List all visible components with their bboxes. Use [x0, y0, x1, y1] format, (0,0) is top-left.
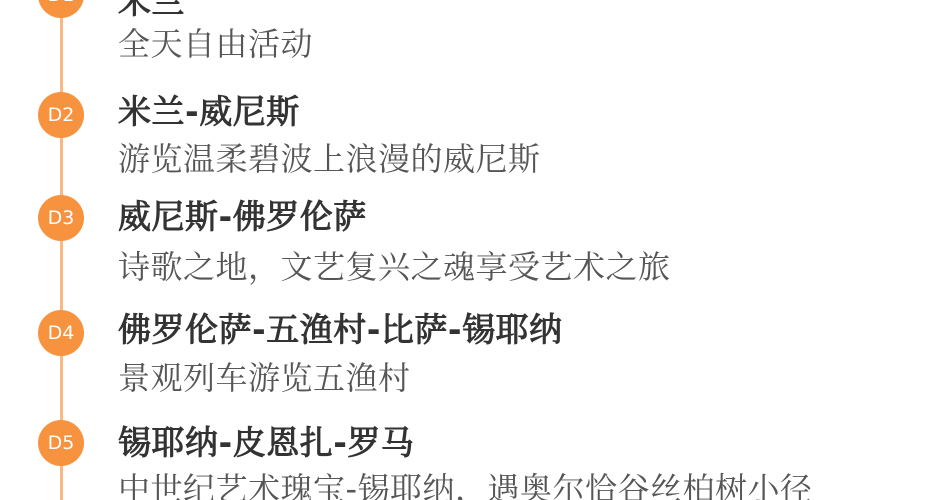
itinerary-panel: D1 米兰 全天自由活动 D2 米兰-威尼斯 游览温柔碧波上浪漫的威尼斯 D3 …: [0, 0, 950, 500]
day-title: 米兰-威尼斯: [118, 95, 300, 128]
day-number-label: D4: [48, 322, 75, 344]
day-number-label: D5: [48, 432, 75, 454]
day-title: 威尼斯-佛罗伦萨: [118, 200, 367, 233]
day-number-label: D3: [48, 207, 75, 229]
day-number-label: D2: [48, 104, 75, 126]
day-subtitle: 游览温柔碧波上浪漫的威尼斯: [118, 143, 541, 175]
day-number-label: D1: [48, 0, 75, 6]
day-number-badge: D5: [38, 420, 84, 466]
day-subtitle: 全天自由活动: [118, 28, 313, 60]
day-subtitle: 景观列车游览五渔村: [118, 362, 411, 394]
day-title: 锡耶纳-皮恩扎-罗马: [118, 426, 414, 459]
day-number-badge: D4: [38, 310, 84, 356]
day-number-badge: D1: [38, 0, 84, 18]
day-subtitle: 诗歌之地，文艺复兴之魂享受艺术之旅: [118, 251, 671, 283]
day-subtitle: 中世纪艺术瑰宝-锡耶纳，遇奥尔恰谷丝柏树小径: [118, 473, 813, 500]
day-number-badge: D3: [38, 195, 84, 241]
day-number-badge: D2: [38, 92, 84, 138]
day-title: 米兰: [118, 0, 185, 18]
day-title: 佛罗伦萨-五渔村-比萨-锡耶纳: [118, 313, 563, 346]
